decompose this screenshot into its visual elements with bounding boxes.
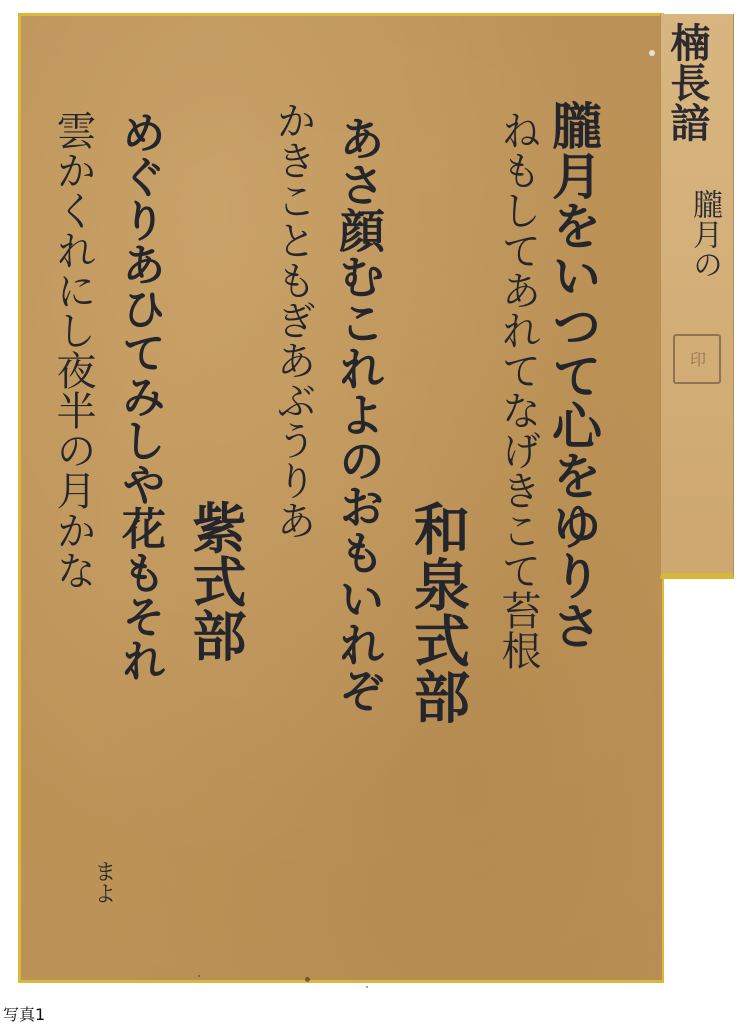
calligraphy-column-2: ねもしてあれてなげきこて苔根	[492, 110, 544, 670]
calligraphy-column-7: めぐりあひてみしや花もそれ	[110, 110, 168, 682]
calligraphy-column-1: 朧月をいつて心をゆりさ	[548, 100, 598, 650]
calligraphy-column-5: かきこともぎあぶうりあ	[262, 100, 324, 540]
photo-caption: 写真1	[3, 1002, 45, 1025]
paper-speck	[366, 986, 368, 988]
paper-speck	[198, 975, 200, 977]
label-title: 楠長諳	[671, 22, 707, 142]
calligraphy-column-8: 雲かくれにし夜半の月かな	[48, 110, 98, 590]
pin-mark	[649, 50, 655, 56]
calligraphy-column-4: あさ顔むこれよのおもいれぞ	[330, 115, 388, 713]
label-subtitle: 朧月の	[689, 189, 719, 279]
paper-speck	[305, 977, 310, 982]
label-strip: 楠長諳 朧月の 印	[660, 14, 734, 579]
calligraphy-signature: まよ	[92, 860, 114, 904]
seal-stamp: 印	[673, 334, 721, 384]
poet-name-izumi-shikibu: 和泉式部	[410, 500, 466, 724]
poet-name-murasaki-shikibu: 紫式部	[185, 500, 247, 662]
